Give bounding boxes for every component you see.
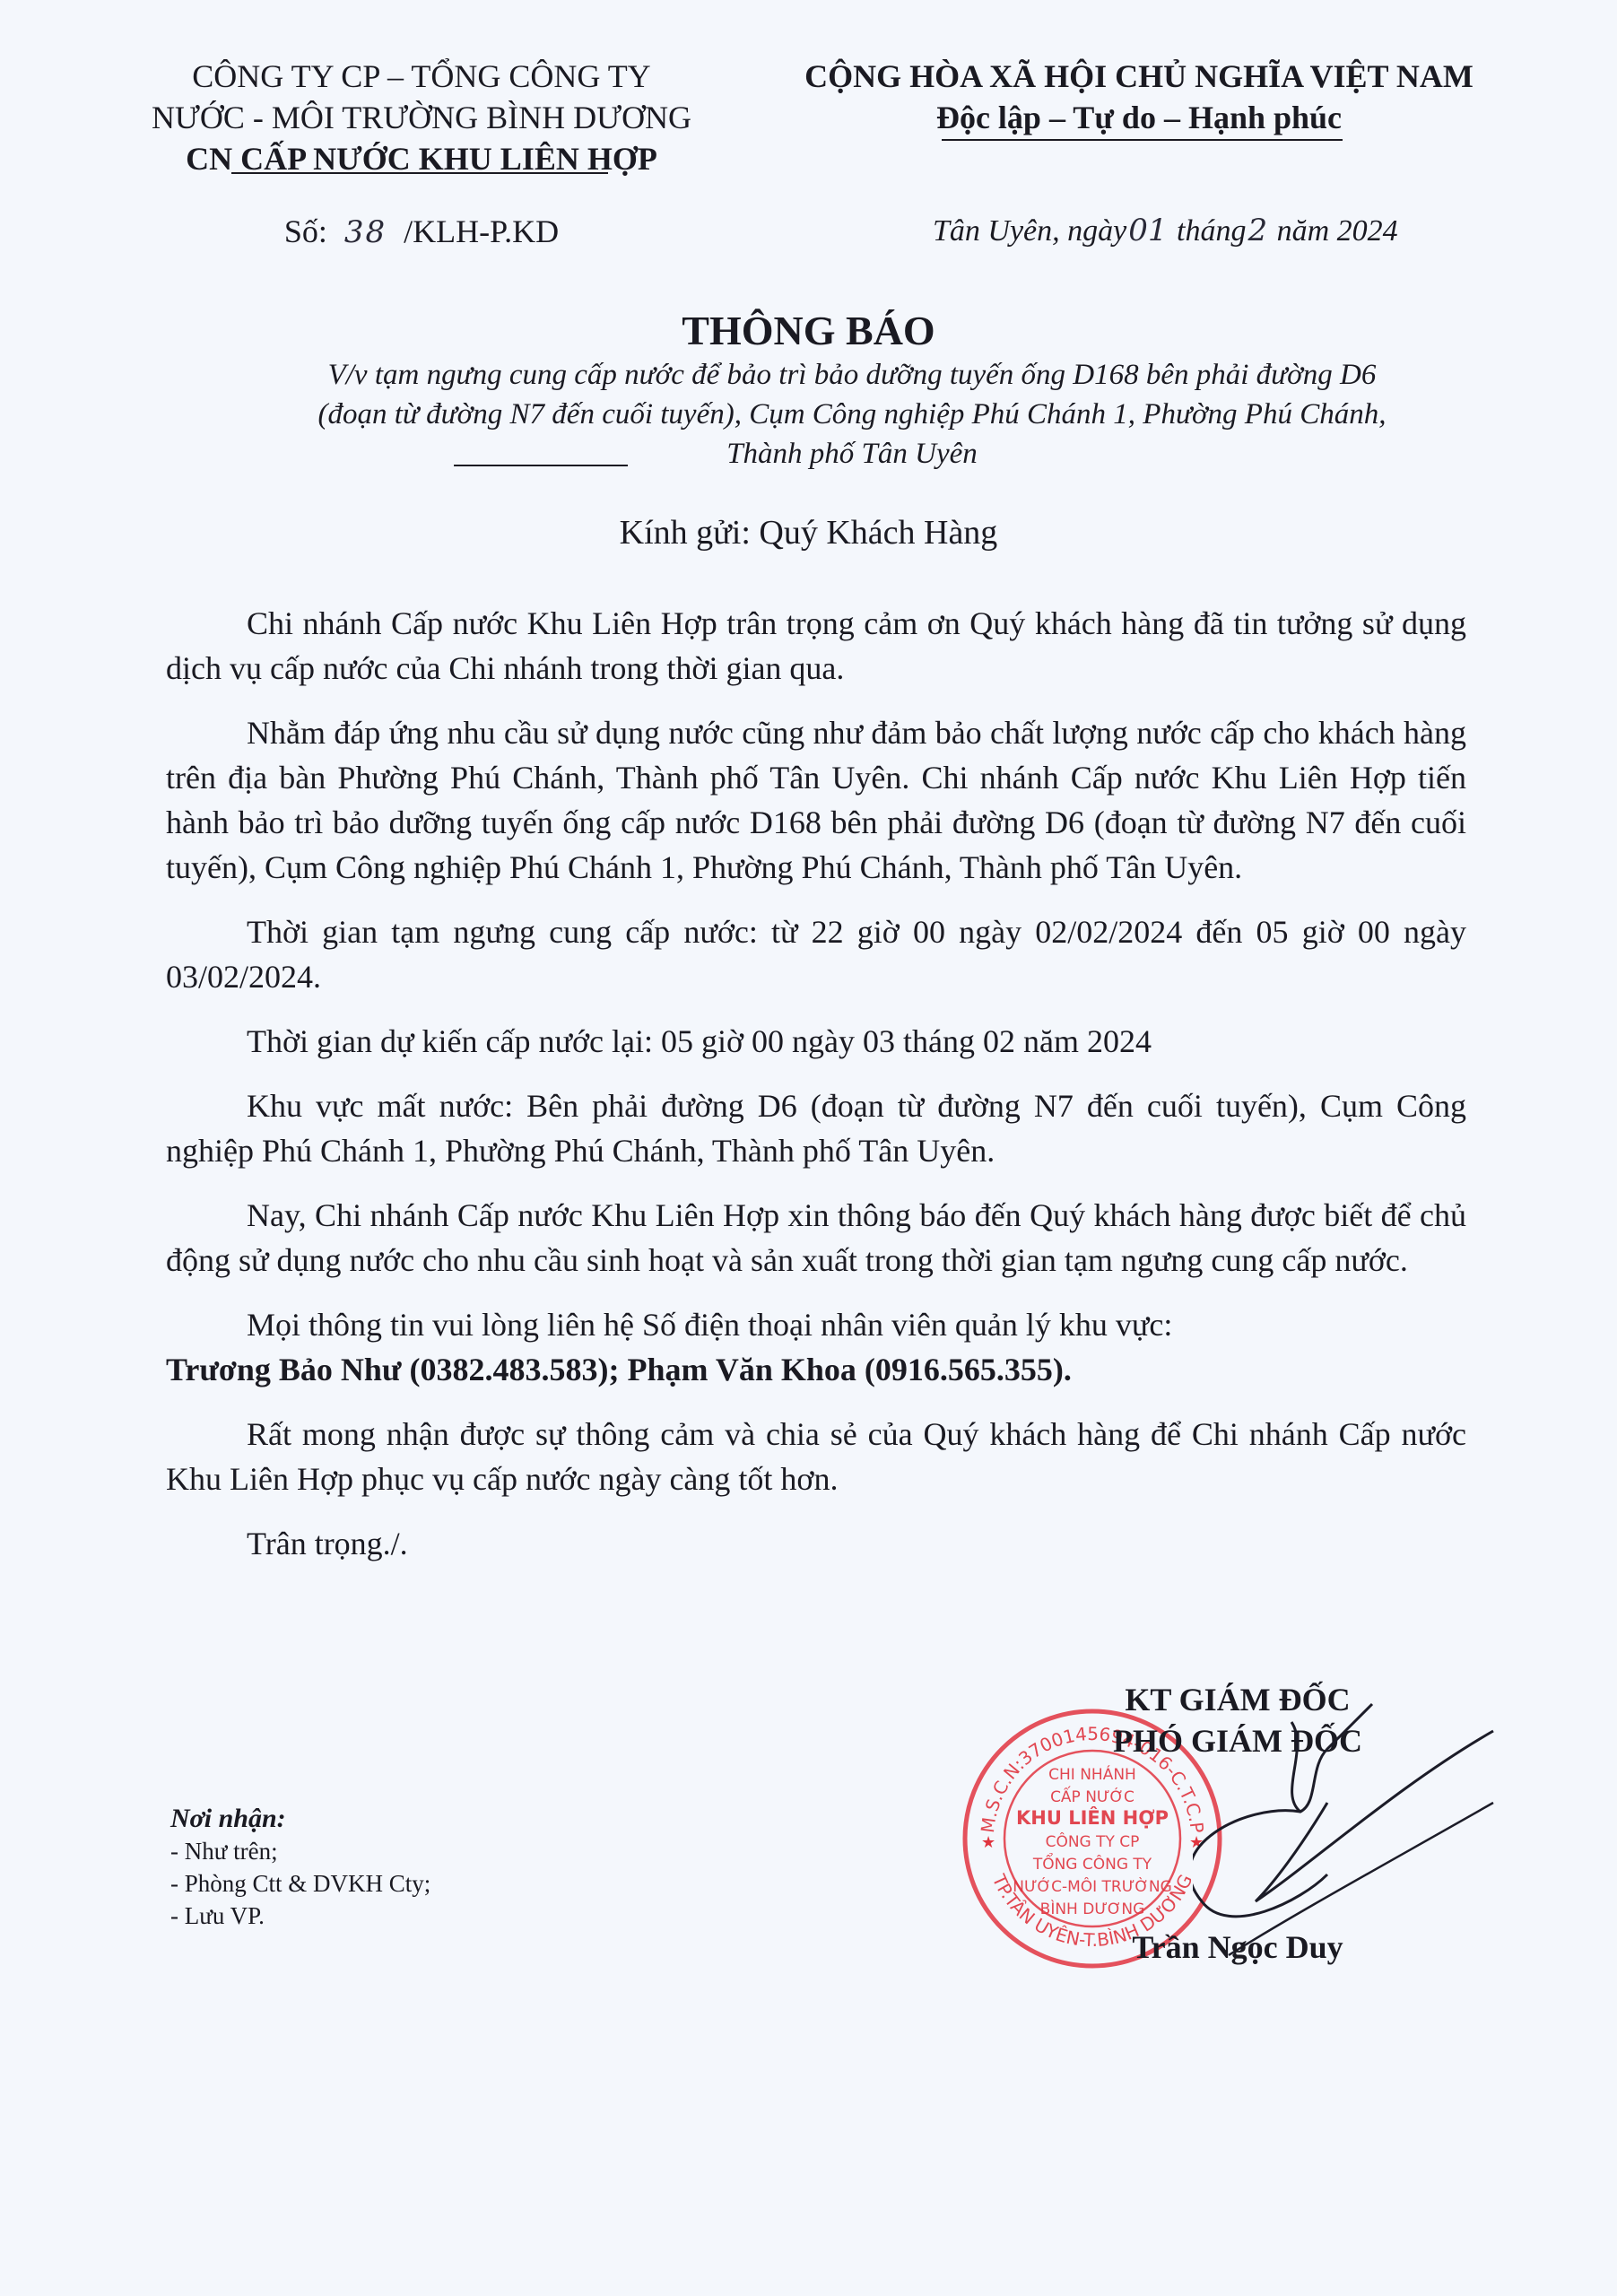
svg-text:CẤP NƯỚC: CẤP NƯỚC bbox=[1050, 1785, 1135, 1806]
issuer-header: CÔNG TY CP – TỔNG CÔNG TY NƯỚC - MÔI TRƯ… bbox=[135, 56, 709, 179]
svg-text:TỔNG CÔNG TY: TỔNG CÔNG TY bbox=[1032, 1852, 1152, 1874]
number-prefix: Số: bbox=[284, 213, 327, 249]
subject-underline bbox=[454, 465, 628, 466]
svg-text:KHU LIÊN HỢP: KHU LIÊN HỢP bbox=[1016, 1806, 1169, 1829]
svg-text:CHI NHÁNH: CHI NHÁNH bbox=[1048, 1764, 1136, 1784]
day-handwritten: 01 bbox=[1126, 213, 1169, 248]
recipient-item: - Lưu VP. bbox=[170, 1900, 430, 1932]
place-date: Tân Uyên, ngày01 tháng2 năm 2024 bbox=[933, 213, 1507, 248]
recipient-item: - Phòng Ctt & DVKH Cty; bbox=[170, 1867, 430, 1900]
number-suffix: /KLH-P.KD bbox=[404, 213, 559, 249]
body: Chi nhánh Cấp nước Khu Liên Hợp trân trọ… bbox=[166, 601, 1466, 1586]
paragraph-thanks: Chi nhánh Cấp nước Khu Liên Hợp trân trọ… bbox=[166, 601, 1466, 691]
svg-text:NƯỚC-MÔI TRƯỜNG: NƯỚC-MÔI TRƯỜNG bbox=[1013, 1876, 1172, 1896]
document-page: CÔNG TY CP – TỔNG CÔNG TY NƯỚC - MÔI TRƯ… bbox=[0, 0, 1617, 2296]
paragraph-contact: Mọi thông tin vui lòng liên hệ Số điện t… bbox=[166, 1302, 1466, 1347]
national-motto: Độc lập – Tự do – Hạnh phúc bbox=[780, 97, 1498, 138]
salutation: Kính gửi: Quý Khách Hàng bbox=[135, 513, 1482, 552]
national-title: CỘNG HÒA XÃ HỘI CHỦ NGHĨA VIỆT NAM bbox=[780, 56, 1498, 97]
month-handwritten: 2 bbox=[1246, 213, 1269, 248]
paragraph-outage-time: Thời gian tạm ngưng cung cấp nước: từ 22… bbox=[166, 909, 1466, 999]
year-text: năm 2024 bbox=[1277, 214, 1398, 248]
number-handwritten: 38 bbox=[335, 214, 396, 250]
issuer-line-2: NƯỚC - MÔI TRƯỜNG BÌNH DƯƠNG bbox=[135, 97, 709, 138]
svg-text:CÔNG TY CP: CÔNG TY CP bbox=[1046, 1831, 1140, 1851]
month-label: tháng bbox=[1177, 214, 1246, 248]
motto-underline bbox=[942, 139, 1343, 141]
paragraph-purpose: Nhằm đáp ứng nhu cầu sử dụng nước cũng n… bbox=[166, 710, 1466, 890]
national-header: CỘNG HÒA XÃ HỘI CHỦ NGHĨA VIỆT NAM Độc l… bbox=[780, 56, 1498, 138]
signer-name: Trần Ngọc Duy bbox=[987, 1928, 1489, 1966]
issuer-line-1: CÔNG TY CP – TỔNG CÔNG TY bbox=[135, 56, 709, 97]
star-icon: ★ bbox=[981, 1833, 995, 1851]
document-number: Số: 38 /KLH-P.KD bbox=[135, 213, 709, 250]
place-prefix: Tân Uyên, ngày bbox=[933, 214, 1126, 248]
closing: Trân trọng./. bbox=[166, 1521, 1466, 1566]
recipient-item: - Như trên; bbox=[170, 1835, 430, 1867]
paragraph-affected-area: Khu vực mất nước: Bên phải đường D6 (đoạ… bbox=[166, 1083, 1466, 1173]
paragraph-appreciation: Rất mong nhận được sự thông cảm và chia … bbox=[166, 1412, 1466, 1501]
paragraph-restore-time: Thời gian dự kiến cấp nước lại: 05 giờ 0… bbox=[166, 1019, 1466, 1064]
document-subject: V/v tạm ngưng cung cấp nước để bảo trì b… bbox=[296, 355, 1408, 474]
handwritten-signature bbox=[1193, 1695, 1498, 1964]
issuer-underline bbox=[231, 172, 608, 174]
svg-text:BÌNH DƯƠNG: BÌNH DƯƠNG bbox=[1040, 1899, 1145, 1918]
contact-names: Trương Bảo Như (0382.483.583); Phạm Văn … bbox=[166, 1347, 1466, 1392]
document-title: THÔNG BÁO bbox=[135, 307, 1482, 354]
recipients-label: Nơi nhận: bbox=[170, 1803, 430, 1835]
paragraph-notice: Nay, Chi nhánh Cấp nước Khu Liên Hợp xin… bbox=[166, 1193, 1466, 1283]
recipients-block: Nơi nhận: - Như trên; - Phòng Ctt & DVKH… bbox=[170, 1803, 430, 1932]
